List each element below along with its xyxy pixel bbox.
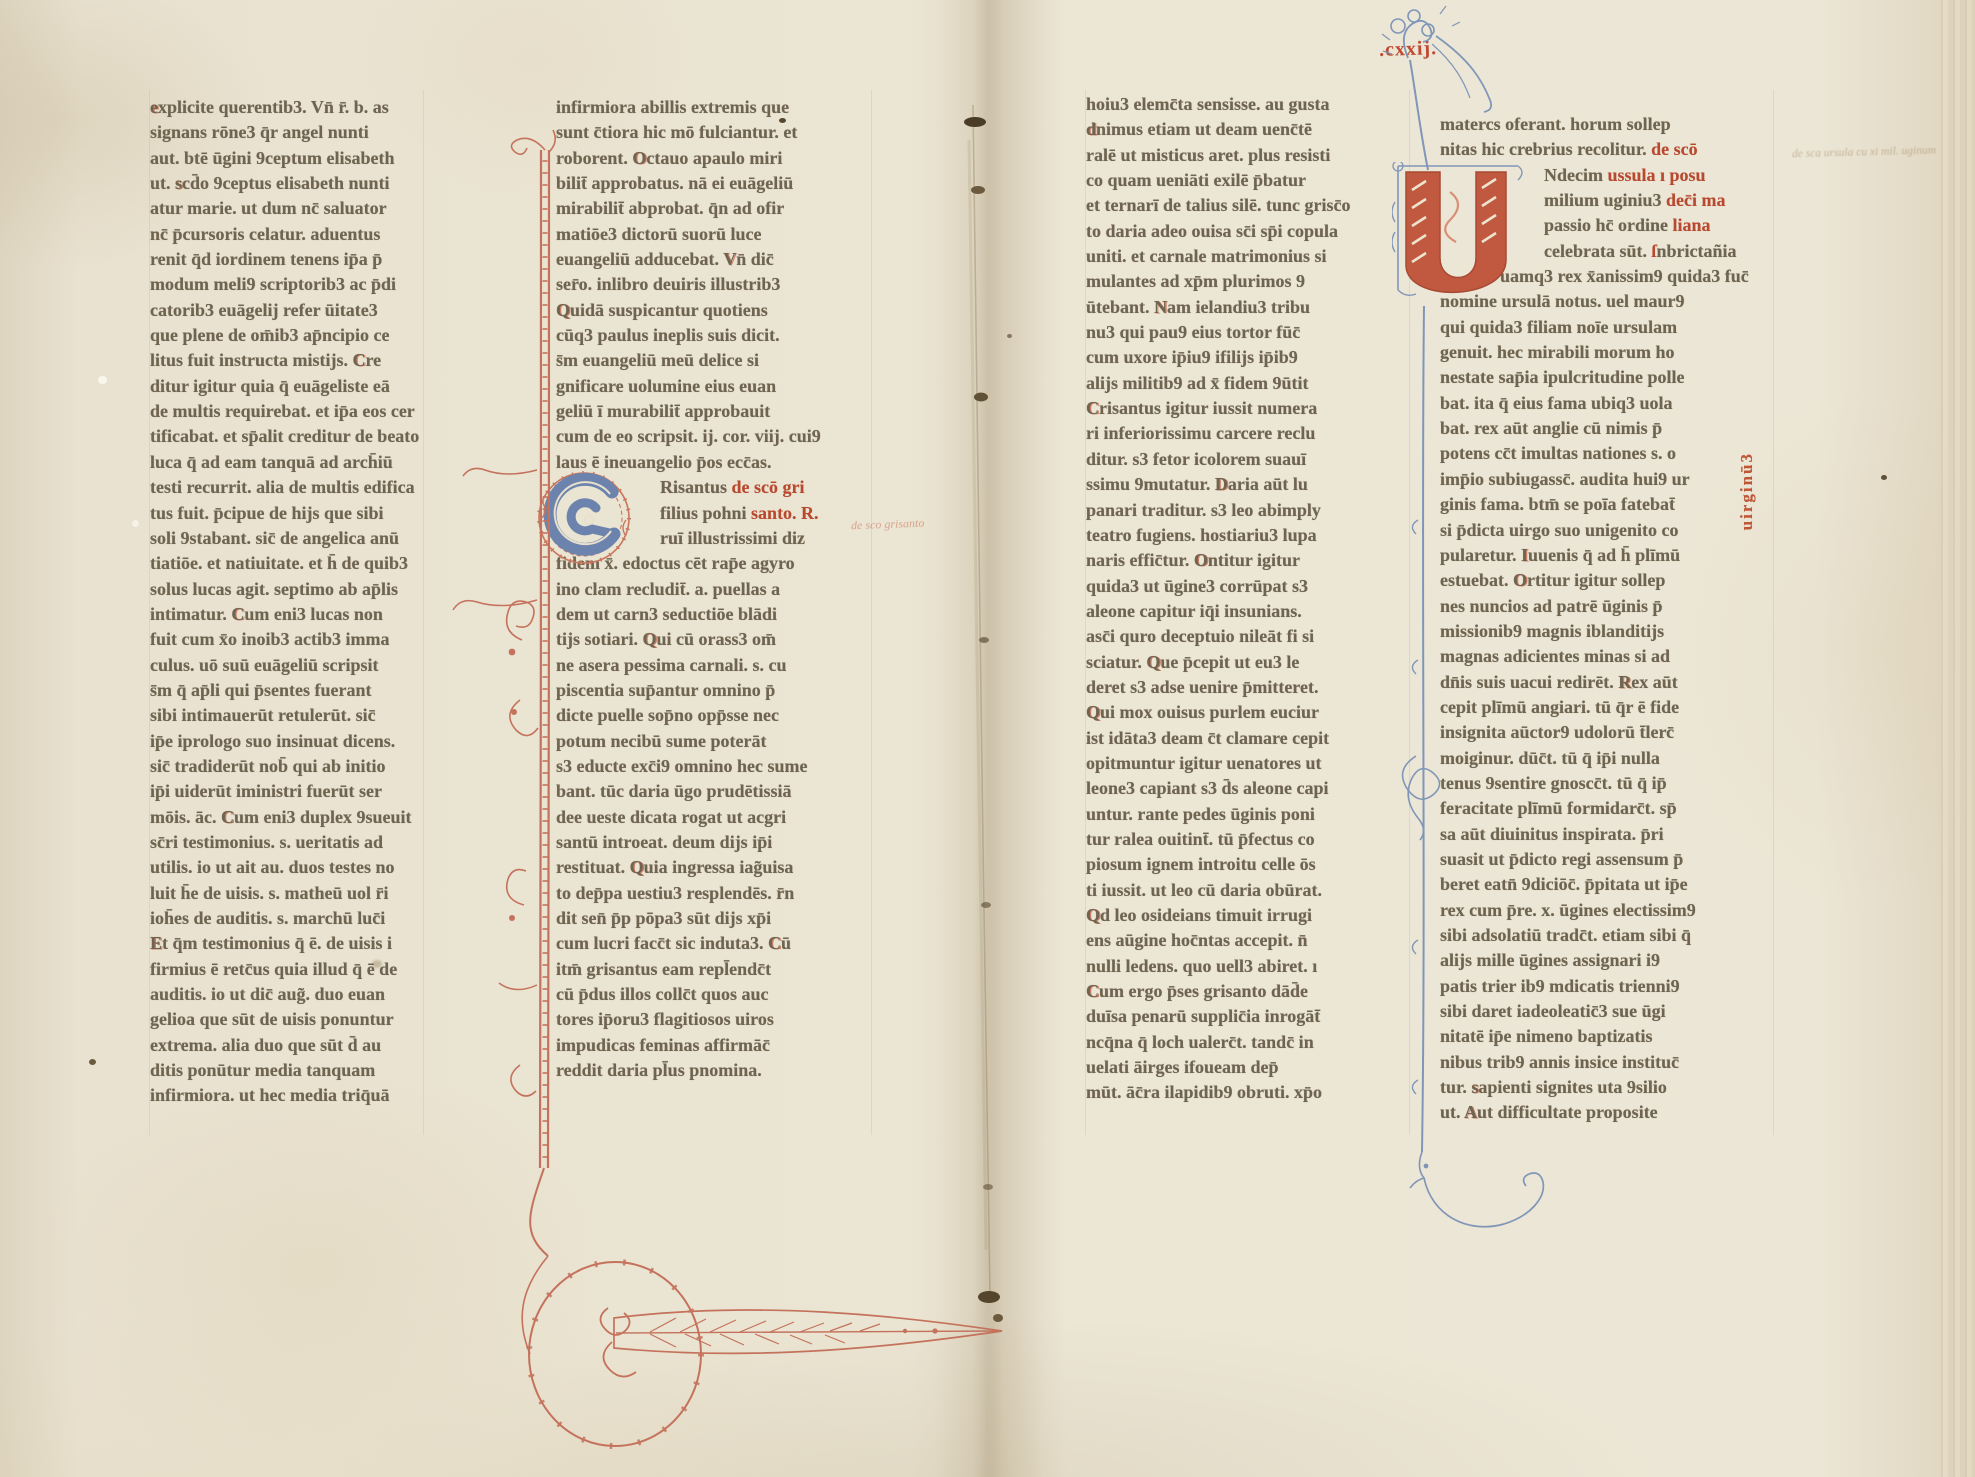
text-column-2: infirmiora abillis extremis quesunt c̄ti… <box>556 95 870 1083</box>
ink-text: ui mox ouisus purlem euciur <box>1100 702 1319 722</box>
text-line: sibi daret iadeoleatic̄3 sue ūgi <box>1440 999 1772 1024</box>
text-line: cepit plīmū angiari. tū q̄r ē fide <box>1440 695 1772 720</box>
ink-text: to daria adeo ouisa sc̄i sp̄i copula <box>1086 221 1338 241</box>
text-line: ralē ut misticus aret. plus resisti <box>1086 143 1408 168</box>
text-line: euangeliū adducebat. Vn̄ dic̄ <box>556 247 870 272</box>
ink-text: potens cc̄t imultas nationes s. o <box>1440 443 1676 463</box>
text-line: alijs militib9 ad x̄ fidem 9ūtit <box>1086 371 1408 396</box>
ink-text: n̄ dic̄ <box>736 249 774 269</box>
text-line: suasit ut p̄dicto regi assensum p̄ <box>1440 847 1772 872</box>
ink-text: cd̄o 9ceptus elisabeth nunti <box>182 173 390 193</box>
text-line: nulli ledens. quo uell3 abiret. ı <box>1086 954 1408 979</box>
ink-text: um eni3 lucas non <box>244 604 383 624</box>
text-line: Et q̄m testimonius q̄ ē. de uisis i <box>150 931 422 956</box>
text-line: luca q̄ ad eam tanquā ad arch̄iū <box>150 450 422 475</box>
text-line: gelioa que sūt de uisis ponuntur <box>150 1007 422 1032</box>
ink-text: ne asera pessima carnali. s. cu <box>556 655 786 675</box>
ink-text: infirmiora abillis extremis que <box>556 97 789 117</box>
ink-text: mirabilit̄ abprobat. q̄n ad ofir <box>556 198 784 218</box>
ink-text: gnificare uolumine eius euan <box>556 376 776 396</box>
ink-text: filius pohni <box>660 503 751 523</box>
ink-text: duīsa penarū supplic̄ia inrogāt̄ <box>1086 1006 1320 1026</box>
ink-text: mulantes ad xp̄m plurimos 9 <box>1086 271 1305 291</box>
text-line: geliū ī murabilit̄ approbauit <box>556 399 870 424</box>
ink-text: risantus igitur iussit numera <box>1099 398 1317 418</box>
text-line: uniti. et carnale matrimonius si <box>1086 244 1408 269</box>
ink-text: luca q̄ ad eam tanquā ad arch̄iū <box>150 452 393 472</box>
text-line: matercs oferant. horum sollep <box>1440 112 1772 137</box>
ink-text: culus. uō suū euāgeliū scripsit <box>150 655 379 675</box>
ink-text: si p̄dicta uirgo suo unigenito co <box>1440 520 1679 540</box>
ink-text: ens aūgine hoc̄ntas accepit. n̄ <box>1086 930 1308 950</box>
touched-capital: I <box>1521 545 1528 565</box>
ink-text: fuit cum x̄o inoib3 actib3 imma <box>150 629 390 649</box>
text-line: bat. ita q̄ eius fama ubiq3 uola <box>1440 391 1772 416</box>
text-column-1: explicite querentib3. Vn̄ r̄. b. assigna… <box>150 95 422 1109</box>
ink-text: santū introeat. deum dijs ip̄i <box>556 832 772 852</box>
touched-capital: C <box>231 604 244 624</box>
ink-text: ut. <box>1440 1102 1464 1122</box>
ink-text: cum de eo scripsit. ij. cor. viij. cui9 <box>556 426 821 446</box>
ink-text: qui quida3 filiam noīe ursulam <box>1440 317 1677 337</box>
ink-text: roborent. <box>556 148 632 168</box>
ink-text: tur ralea ouitint̄. tū p̄fectus co <box>1086 829 1315 849</box>
text-line: nitas hic crebrius recolitur. de scō <box>1440 137 1772 162</box>
text-line: Qd leo osideians timuit irrugi <box>1086 903 1408 928</box>
ink-text: tificabat. et sp̄alit creditur de beato <box>150 426 419 446</box>
ink-text: ri inferiorissimu carcere reclu <box>1086 423 1315 443</box>
ink-text: pularetur. <box>1440 545 1521 565</box>
ink-text: ū <box>781 933 791 953</box>
text-line: bat. rex aūt anglie cū nimis p̄ <box>1440 416 1772 441</box>
ink-text: ginis fama. btm̄ se poīa fatebat̄ <box>1440 494 1675 514</box>
text-line: Crisantus igitur iussit numera <box>1086 396 1408 421</box>
text-line: cū p̄dus illos collc̄t quos auc <box>556 982 870 1007</box>
text-line: Ndecim ussula ı posu <box>1544 163 1772 188</box>
ink-text: gelioa que sūt de uisis ponuntur <box>150 1009 394 1029</box>
ink-text: s̄m q̄ ap̄li qui p̄sentes fuerant <box>150 680 372 700</box>
ink-text: ssimu 9mutatur. <box>1086 474 1215 494</box>
ink-text: ditur. s3 fetor icolorem suauī <box>1086 449 1306 469</box>
parchment-speck <box>1881 475 1887 480</box>
ink-text: ti iussit. ut leo cū daria obūrat. <box>1086 880 1322 900</box>
ink-text: ip̄e iprologo suo insinuat dicens. <box>150 731 395 751</box>
ink-text: uia ingressa iag̃uisa <box>644 857 794 877</box>
ink-text: sciatur. <box>1086 652 1146 672</box>
ink-text: dit sen̄ p̄p pōpa3 sūt dijs xp̄i <box>556 908 771 928</box>
touched-capital: Q <box>642 629 656 649</box>
ink-text: sibi intimauerūt retulerūt. sic̄ <box>150 705 376 725</box>
text-line: imp̄io subiugassc̄. audita hui9 ur <box>1440 467 1772 492</box>
ink-text: milium uginiu3 <box>1544 190 1666 210</box>
text-line: deret s3 adse uenire p̄mitteret. <box>1086 675 1408 700</box>
text-line: to dep̄pa uestiu3 resplendēs. r̄n <box>556 881 870 906</box>
text-line: insignita aūctor9 udolorū t̄lerc̄ <box>1440 720 1772 745</box>
rubric-text: de scō gri <box>732 477 805 497</box>
text-line: Risantus de scō gri <box>660 475 870 500</box>
ink-text: soli 9stabant. sic̄ de angelica anū <box>150 528 399 548</box>
text-line: sciatur. Que p̄cepit ut eu3 le <box>1086 650 1408 675</box>
ink-text: feracitate plīmū formidarc̄t. sp̄ <box>1440 798 1677 818</box>
text-line: mōis. āc. Cum eni3 duplex 9sueuit <box>150 805 422 830</box>
text-line: sibi adsolatiū tradc̄t. etiam sibi q̄ <box>1440 923 1772 948</box>
ink-text: ser̄o. inlibro deuiris illustrib3 <box>556 274 780 294</box>
text-line: ssimu 9mutatur. Daria aūt lu <box>1086 472 1408 497</box>
text-line: extrema. alia duo que sūt d̄ au <box>150 1033 422 1058</box>
text-line: utilis. io ut ait au. duos testes no <box>150 855 422 880</box>
ink-text: matercs oferant. horum sollep <box>1440 114 1671 134</box>
folio-number: .cxxij. <box>1379 37 1438 62</box>
text-column-3: hoiu3 elemc̄ta sensisse. au gustadnimus … <box>1086 92 1408 1106</box>
text-line: infirmiora. ut hec media triq̄uā <box>150 1083 422 1108</box>
ink-text: uamq3 rex x̄anissim9 quida3 fuc̄ <box>1500 266 1749 286</box>
ink-text: sunt c̄tiora hic mō fulciantur. et <box>556 122 797 142</box>
ink-text: nulli ledens. quo uell3 abiret. ı <box>1086 956 1317 976</box>
touched-capital: A <box>1464 1102 1477 1122</box>
ink-text: ntitur igitur <box>1208 550 1300 570</box>
text-line: nc̄ p̄cursoris celatur. aduentus <box>150 222 422 247</box>
text-line: ser̄o. inlibro deuiris illustrib3 <box>556 272 870 297</box>
text-line: Quidā suspicantur quotiens <box>556 298 870 323</box>
ink-text: itm̄ grisantus eam repl̄endc̄t <box>556 959 771 979</box>
ink-text: leone3 capiant s3 d̄s aleone capi <box>1086 778 1329 798</box>
ink-text: apienti signites uta 9silio <box>1478 1077 1667 1097</box>
text-line: passio hc̄ ordine liana <box>1544 213 1772 238</box>
ink-text: tus fuit. p̄cipue de hijs que sibi <box>150 503 384 523</box>
parchment-speck <box>779 118 786 123</box>
touched-capital: C <box>1086 398 1099 418</box>
parchment-stain <box>372 960 382 968</box>
text-line: asc̄i quro deceptuio nileāt fi si <box>1086 624 1408 649</box>
ink-text: firmius ē retc̄us quia illud q̄ ē de <box>150 959 397 979</box>
text-line: aleone capitur iq̄i insunians. <box>1086 599 1408 624</box>
ink-text: ino clam recludit̄. a. puellas a <box>556 579 780 599</box>
text-line: ens aūgine hoc̄ntas accepit. n̄ <box>1086 928 1408 953</box>
ink-text: dem ut carn3 seductiōe blādi <box>556 604 777 624</box>
text-line: santū introeat. deum dijs ip̄i <box>556 830 870 855</box>
parchment-speck <box>89 1059 96 1065</box>
text-column-4: matercs oferant. horum sollepnitas hic c… <box>1440 112 1772 1126</box>
ink-text: ioh̄es de auditis. s. marchū luc̄i <box>150 908 385 928</box>
ink-text: luit h̄e de uisis. s. matheū uol r̄i <box>150 883 389 903</box>
text-line: ri inferiorissimu carcere reclu <box>1086 421 1408 446</box>
ink-text: infirmiora. ut hec media triq̄uā <box>150 1085 389 1105</box>
text-line: ditur igitur quia q̄ euāgeliste eā <box>150 374 422 399</box>
text-line: cūq3 paulus ineplis suis dicit. <box>556 323 870 348</box>
touched-capital: E <box>150 933 162 953</box>
ink-text: ūtebant. <box>1086 297 1154 317</box>
ink-text: matiōe3 dictorū suorū luce <box>556 224 761 244</box>
text-line: culus. uō suū euāgeliū scripsit <box>150 653 422 678</box>
text-line: mirabilit̄ abprobat. q̄n ad ofir <box>556 196 870 221</box>
ink-text: deret s3 adse uenire p̄mitteret. <box>1086 677 1318 697</box>
text-line: auditis. io ut dic̄ aug̃. duo euan <box>150 982 422 1007</box>
text-line: s̄m q̄ ap̄li qui p̄sentes fuerant <box>150 678 422 703</box>
text-line: tur. sapienti signites uta 9silio <box>1440 1075 1772 1100</box>
text-line: tijs sotiari. Qui cū orass3 om̄ <box>556 627 870 652</box>
text-line: s̄m euangeliū meū delice si <box>556 348 870 373</box>
ink-text: piscentia sup̄antur omnino p̄ <box>556 680 775 700</box>
ink-text: imp̄io subiugassc̄. audita hui9 ur <box>1440 469 1690 489</box>
touched-capital: e <box>150 97 158 117</box>
ink-text: xplicite querentib3. Vn̄ r̄. b. as <box>158 97 389 117</box>
ink-text: magnas adicientes minas si ad <box>1440 646 1670 666</box>
ink-text: Ndecim <box>1544 165 1607 185</box>
text-line: explicite querentib3. Vn̄ r̄. b. as <box>150 95 422 120</box>
text-line: piscentia sup̄antur omnino p̄ <box>556 678 870 703</box>
text-line: pularetur. Iuuenis q̄ ad h̄ plīmū <box>1440 543 1772 568</box>
ink-text: asc̄i quro deceptuio nileāt fi si <box>1086 626 1314 646</box>
rubric-text: ussula ı posu <box>1607 165 1705 185</box>
ink-text: nimus etiam ut deam uenc̄tē <box>1096 119 1312 139</box>
text-line: missionib9 magnis iblanditijs <box>1440 619 1772 644</box>
text-line: litus fuit instructa mistijs. Cre <box>150 348 422 373</box>
text-line: nomine ursulā notus. uel maur9 <box>1440 289 1772 314</box>
ink-text: mūt. āc̄ra ilapidib9 obruti. xp̄o <box>1086 1082 1322 1102</box>
ink-text: dee ueste dicata rogat ut acgri <box>556 807 786 827</box>
ink-text: restituat. <box>556 857 630 877</box>
text-line: Qui mox ouisus purlem euciur <box>1086 700 1408 725</box>
text-line: dem ut carn3 seductiōe blādi <box>556 602 870 627</box>
text-line: tiatiōe. et natiuitate. et h̄ de quib3 <box>150 551 422 576</box>
text-line: tificabat. et sp̄alit creditur de beato <box>150 424 422 449</box>
text-line: ut. Aut difficultate proposite <box>1440 1100 1772 1125</box>
marginal-note-top-right: de sca ursula cu xi mil. uginum <box>1792 144 1962 160</box>
text-line: dee ueste dicata rogat ut acgri <box>556 805 870 830</box>
ink-text: to dep̄pa uestiu3 resplendēs. r̄n <box>556 883 794 903</box>
ink-text: tores ip̄oru3 flagitiosos uiros <box>556 1009 774 1029</box>
ink-text: rex cum p̄re. x. ūgines electissim9 <box>1440 900 1696 920</box>
rubric-text: santo. R. <box>751 503 819 523</box>
text-line: rex cum p̄re. x. ūgines electissim9 <box>1440 898 1772 923</box>
text-line: beret eatn̄ 9diciōc̄. p̄pitata ut ip̄e <box>1440 872 1772 897</box>
ink-text: utilis. io ut ait au. duos testes no <box>150 857 395 877</box>
ink-text: nes nuncios ad patrē ūginis p̄ <box>1440 596 1663 616</box>
text-line: sa aūt diuinitus inspirata. p̄ri <box>1440 822 1772 847</box>
ink-text: d leo osideians timuit irrugi <box>1100 905 1312 925</box>
text-line: dit sen̄ p̄p pōpa3 sūt dijs xp̄i <box>556 906 870 931</box>
touched-capital: d <box>1086 119 1096 139</box>
ink-text: nomine ursulā notus. uel maur9 <box>1440 291 1685 311</box>
text-line: si p̄dicta uirgo suo unigenito co <box>1440 518 1772 543</box>
text-line: ut. scd̄o 9ceptus elisabeth nunti <box>150 171 422 196</box>
touched-capital: C <box>1086 981 1099 1001</box>
rubric-text: dec̄i ma <box>1666 190 1725 210</box>
text-line: milium uginiu3 dec̄i ma <box>1544 188 1772 213</box>
ink-text: naris effic̄tur. <box>1086 550 1194 570</box>
ink-text: ncq̄na q̄ loch ualerc̄t. tandc̄ in <box>1086 1032 1314 1052</box>
ink-text: cūq3 paulus ineplis suis dicit. <box>556 325 780 345</box>
text-line: cum lucri facc̄t sic induta3. Cū <box>556 931 870 956</box>
ink-text: am ielandiu3 tribu <box>1167 297 1310 317</box>
text-line: alijs mille ūgines assignari i9 <box>1440 948 1772 973</box>
text-line: nestate sap̄ia ipulcritudine polle <box>1440 365 1772 390</box>
ink-text: s̄m euangeliū meū delice si <box>556 350 759 370</box>
text-line: genuit. hec mirabili morum ho <box>1440 340 1772 365</box>
touched-capital: O <box>1513 570 1527 590</box>
ink-text: s3 educte exc̄i9 omnino hec sume <box>556 756 807 776</box>
text-line: magnas adicientes minas si ad <box>1440 644 1772 669</box>
text-line: modum meli9 scriptorib3 ac p̄di <box>150 272 422 297</box>
ink-text: co quam ueniāti exilē p̄batur <box>1086 170 1306 190</box>
ink-text: cepit plīmū angiari. tū q̄r ē fide <box>1440 697 1679 717</box>
ink-text: dn̄is suis uacui redirēt. <box>1440 672 1618 692</box>
text-line: hoiu3 elemc̄ta sensisse. au gusta <box>1086 92 1408 117</box>
ink-text: teatro fugiens. hostiariu3 lupa <box>1086 525 1317 545</box>
text-line: quida3 ut ūgine3 corrūpat s3 <box>1086 574 1408 599</box>
rubric-text: liana <box>1673 215 1711 235</box>
ink-text: testi recurrit. alia de multis edifica <box>150 477 415 497</box>
ink-text: aut. btē ūgini 9ceptum elisabeth <box>150 148 395 168</box>
text-line: nu3 qui pau9 eius tortor fūc̄ <box>1086 320 1408 345</box>
text-line: sic̄ tradiderūt nob̄ qui ab initio <box>150 754 422 779</box>
ink-text: estuebat. <box>1440 570 1513 590</box>
ink-text: litus fuit instructa mistijs. <box>150 350 353 370</box>
ink-text: dicte puelle sop̄no opp̄sse nec <box>556 705 779 725</box>
text-line: untur. rante pedes ūginis poni <box>1086 802 1408 827</box>
text-line: restituat. Quia ingressa iag̃uisa <box>556 855 870 880</box>
rubric-text: de scō <box>1651 139 1698 159</box>
text-line: infirmiora abillis extremis que <box>556 95 870 120</box>
ink-text: intimatur. <box>150 604 231 624</box>
parchment-fleck <box>132 520 139 527</box>
ink-text: sibi daret iadeoleatic̄3 sue ūgi <box>1440 1001 1666 1021</box>
ink-text: nbrictañia <box>1657 241 1737 261</box>
ink-text: extrema. alia duo que sūt d̄ au <box>150 1035 381 1055</box>
text-line: uelati āirges ifoueam dep̄ <box>1086 1055 1408 1080</box>
text-line: signans rōne3 q̄r angel nunti <box>150 120 422 145</box>
text-line: roborent. Octauo apaulo miri <box>556 146 870 171</box>
ink-text: ut. <box>150 173 175 193</box>
ink-text: passio hc̄ ordine <box>1544 215 1673 235</box>
ink-text: um eni3 duplex 9sueuit <box>234 807 412 827</box>
touched-capital: Q <box>630 857 644 877</box>
ink-text: tur. <box>1440 1077 1471 1097</box>
text-line: sc̄ri testimonius. s. ueritatis ad <box>150 830 422 855</box>
touched-capital: s <box>175 173 182 193</box>
ink-text: re <box>366 350 382 370</box>
ink-text: nestate sap̄ia ipulcritudine polle <box>1440 367 1685 387</box>
text-line: mūt. āc̄ra ilapidib9 obruti. xp̄o <box>1086 1080 1408 1105</box>
touched-capital: D <box>1215 474 1228 494</box>
ink-text: potum necibū sume poterāt <box>556 731 767 751</box>
text-line: estuebat. Ortitur igitur sollep <box>1440 568 1772 593</box>
ink-text: untur. rante pedes ūginis poni <box>1086 804 1315 824</box>
ink-text: panari traditur. s3 leo abimply <box>1086 500 1321 520</box>
text-line: patis trier ib9 mdicatis trienni9 <box>1440 974 1772 999</box>
ink-text: ditis ponūtur media tanquam <box>150 1060 375 1080</box>
parchment-fleck <box>98 376 107 384</box>
ink-text: piosum ignem introitu celle ōs <box>1086 854 1316 874</box>
text-line: que plene de om̄ib3 ap̄ncipio ce <box>150 323 422 348</box>
ink-text: insignita aūctor9 udolorū t̄lerc̄ <box>1440 722 1674 742</box>
text-line: nitatē ip̄e nimeno baptizatis <box>1440 1024 1772 1049</box>
ink-text: beret eatn̄ 9diciōc̄. p̄pitata ut ip̄e <box>1440 874 1688 894</box>
text-line: sunt c̄tiora hic mō fulciantur. et <box>556 120 870 145</box>
touched-capital: C <box>353 350 366 370</box>
ink-text: alijs militib9 ad x̄ fidem 9ūtit <box>1086 373 1309 393</box>
text-line: ginis fama. btm̄ se poīa fatebat̄ <box>1440 492 1772 517</box>
ink-text: rtitur igitur sollep <box>1527 570 1665 590</box>
ink-text: mōis. āc. <box>150 807 221 827</box>
text-line: testi recurrit. alia de multis edifica <box>150 475 422 500</box>
text-line: bilit̄ approbatus. nā ei euāgeliū <box>556 171 870 196</box>
touched-capital: C <box>768 933 781 953</box>
ink-text: que plene de om̄ib3 ap̄ncipio ce <box>150 325 390 345</box>
ink-text: sic̄ tradiderūt nob̄ qui ab initio <box>150 756 386 776</box>
text-line: leone3 capiant s3 d̄s aleone capi <box>1086 776 1408 801</box>
touched-capital: R <box>1618 672 1631 692</box>
ink-text: ui cū orass3 om̄ <box>657 629 777 649</box>
ink-text: aleone capitur iq̄i insunians. <box>1086 601 1302 621</box>
page-edge-stack <box>1941 0 1975 1477</box>
text-line: itm̄ grisantus eam repl̄endc̄t <box>556 957 870 982</box>
text-line: dnimus etiam ut deam uenc̄tē <box>1086 117 1408 142</box>
text-line: opitmuntur igitur uenatores ut <box>1086 751 1408 776</box>
ink-text: impudicas feminas affirmāc̄ <box>556 1035 770 1055</box>
ink-text: sibi adsolatiū tradc̄t. etiam sibi q̄ <box>1440 925 1691 945</box>
text-line: aut. btē ūgini 9ceptum elisabeth <box>150 146 422 171</box>
ink-text: ue p̄cepit ut eu3 le <box>1160 652 1299 672</box>
text-line: reddit daria pl̄us pnomina. <box>556 1058 870 1083</box>
text-line: fidem x̄. edoctus cēt rap̄e agyro <box>556 551 870 576</box>
text-line: moiginur. dūc̄t. tū q̄ ip̄i nulla <box>1440 746 1772 771</box>
ink-text: genuit. hec mirabili morum ho <box>1440 342 1675 362</box>
text-line: sibi intimauerūt retulerūt. sic̄ <box>150 703 422 728</box>
text-line: catorib3 euāgelij refer ūitate3 <box>150 298 422 323</box>
ruling-line <box>871 90 872 1135</box>
ink-text: auditis. io ut dic̄ aug̃. duo euan <box>150 984 385 1004</box>
text-line: potum necibū sume poterāt <box>556 729 870 754</box>
text-line: tur ralea ouitint̄. tū p̄fectus co <box>1086 827 1408 852</box>
ink-text: uidā suspicantur quotiens <box>570 300 768 320</box>
text-line: renit q̄d iordinem tenens ip̄a p̄ <box>150 247 422 272</box>
ruling-line <box>423 90 424 1135</box>
text-line: ist idāta3 deam c̄t clamare cepit <box>1086 726 1408 751</box>
text-line: bant. tūc daria ūgo prudētissiā <box>556 779 870 804</box>
ruling-line <box>1773 90 1774 1135</box>
ink-text: cum uxore ip̄iu9 ifilijs ip̄ib9 <box>1086 347 1298 367</box>
text-line: co quam ueniāti exilē p̄batur <box>1086 168 1408 193</box>
text-line: ditur. s3 fetor icolorem suauī <box>1086 447 1408 472</box>
text-line: solus lucas agit. septimo ab ap̄lis <box>150 577 422 602</box>
ink-text: suasit ut p̄dicto regi assensum p̄ <box>1440 849 1683 869</box>
text-line: laus ē ineuangelio p̄os ecc̄as. <box>556 450 870 475</box>
text-line: s3 educte exc̄i9 omnino hec sume <box>556 754 870 779</box>
touched-capital: O <box>1194 550 1208 570</box>
ink-text: t q̄m testimonius q̄ ē. de uisis i <box>162 933 392 953</box>
touched-capital: C <box>221 807 234 827</box>
ink-text: alijs mille ūgines assignari i9 <box>1440 950 1660 970</box>
text-line: de multis requirebat. et ip̄a eos cer <box>150 399 422 424</box>
text-line: to daria adeo ouisa sc̄i sp̄i copula <box>1086 219 1408 244</box>
ink-text: atur marie. ut dum nc̄ saluator <box>150 198 387 218</box>
ink-text: ctauo apaulo miri <box>646 148 782 168</box>
ink-text: ip̄i uiderūt iministri fuerūt ser <box>150 781 382 801</box>
ink-text: uniti. et carnale matrimonius si <box>1086 246 1327 266</box>
text-line: teatro fugiens. hostiariu3 lupa <box>1086 523 1408 548</box>
text-line: nibus trib9 annis insice instituc̄ <box>1440 1050 1772 1075</box>
ink-text: nitatē ip̄e nimeno baptizatis <box>1440 1026 1653 1046</box>
ink-text: ditur igitur quia q̄ euāgeliste eā <box>150 376 390 396</box>
ink-text: uelati āirges ifoueam dep̄ <box>1086 1057 1278 1077</box>
ink-text: cum lucri facc̄t sic induta3. <box>556 933 768 953</box>
text-line: ip̄e iprologo suo insinuat dicens. <box>150 729 422 754</box>
text-line: duīsa penarū supplic̄ia inrogāt̄ <box>1086 1004 1408 1029</box>
text-line: cum uxore ip̄iu9 ifilijs ip̄ib9 <box>1086 345 1408 370</box>
text-line: celebrata sūt. ſnbrictañia <box>1544 239 1772 264</box>
text-line: impudicas feminas affirmāc̄ <box>556 1033 870 1058</box>
